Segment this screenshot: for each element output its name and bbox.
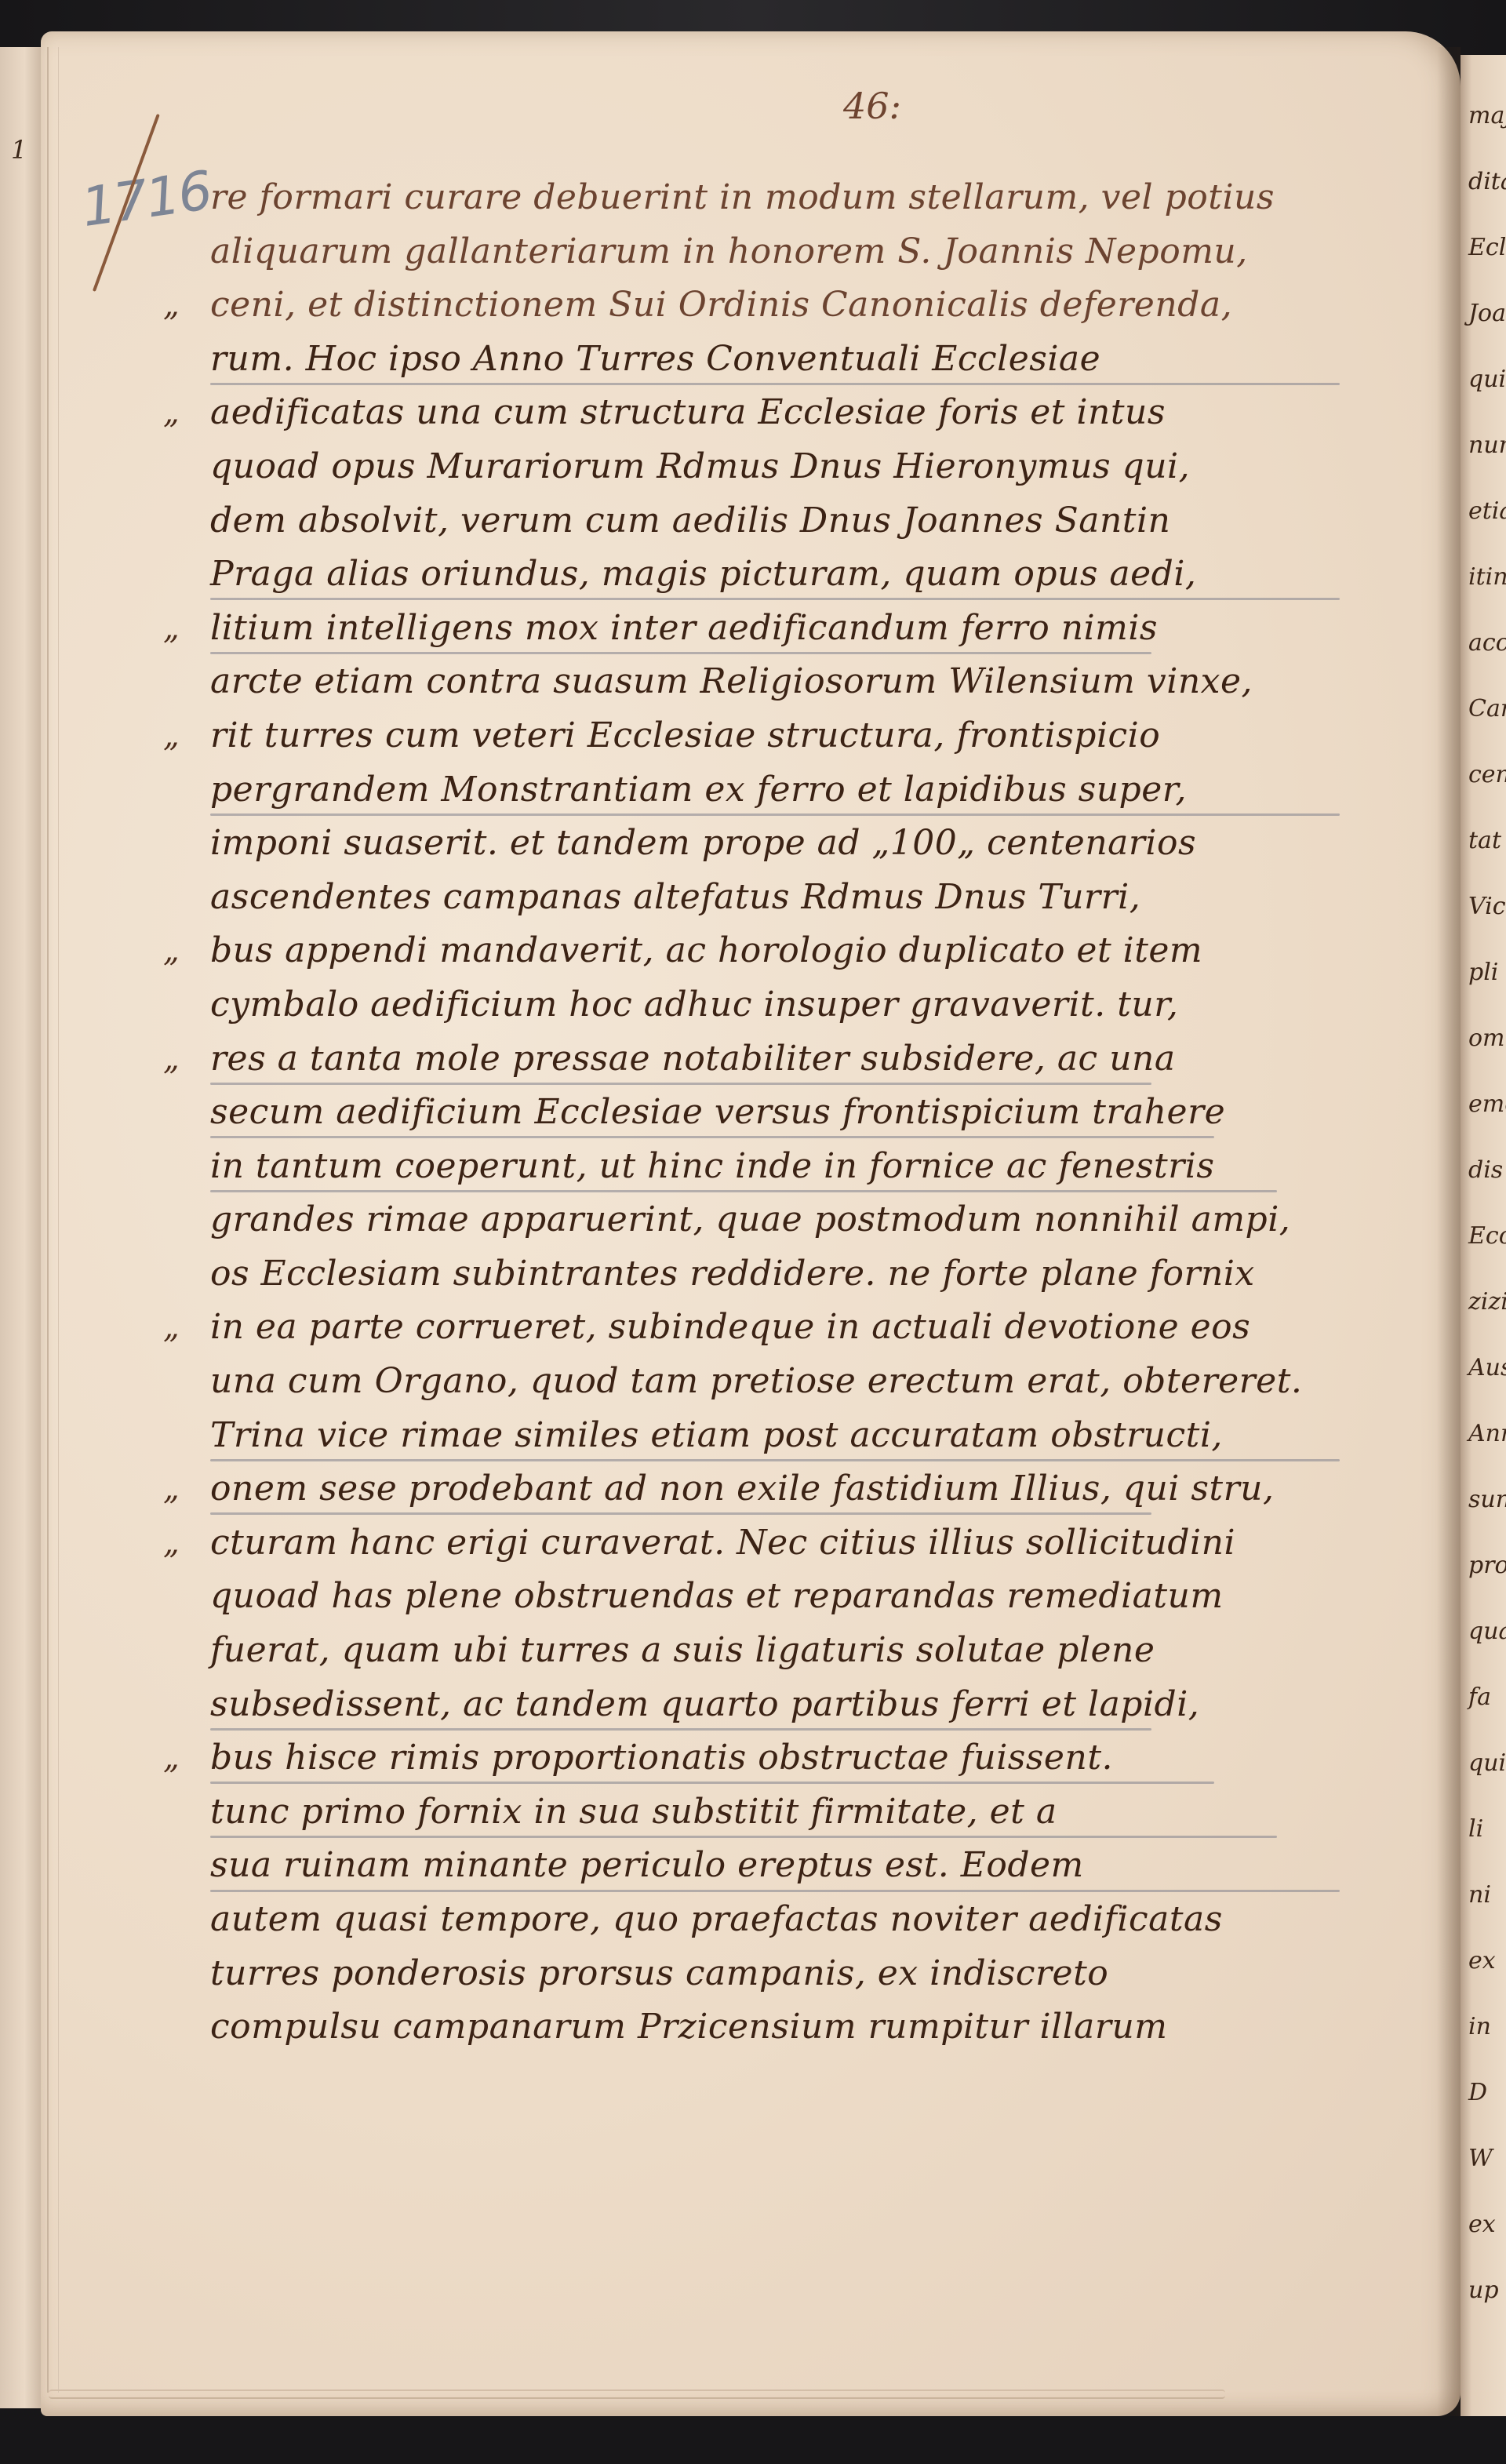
line-text: subsedissent, ac tandem quarto partibus … <box>210 1678 1199 1731</box>
line-text: aliquarum gallanteriarum in honorem S. J… <box>210 225 1248 278</box>
facing-page-fragment: D <box>1468 2079 1487 2106</box>
line-quote-mark: „ <box>163 709 180 762</box>
line-text: bus appendi mandaverit, ac horologio dup… <box>210 924 1202 977</box>
facing-page-fragment: Eccl <box>1468 1222 1506 1250</box>
facing-page-fragment: Vica <box>1468 893 1506 920</box>
facing-page-fragment: W <box>1468 2145 1493 2172</box>
line-text: onem sese prodebant ad non exile fastidi… <box>210 1462 1274 1516</box>
manuscript-line: os Ecclesiam subintrantes reddidere. ne … <box>210 1247 1434 1301</box>
line-text: pergrandem Monstrantiam ex ferro et lapi… <box>210 763 1187 817</box>
line-text: arcte etiam contra suasum Religiosorum W… <box>210 655 1253 708</box>
manuscript-line: tunc primo fornix in sua substitit firmi… <box>210 1785 1434 1840</box>
line-text: fuerat, quam ubi turres a suis ligaturis… <box>210 1624 1155 1677</box>
facing-page-fragment: fa <box>1468 1683 1491 1711</box>
manuscript-line: arcte etiam contra suasum Religiosorum W… <box>210 655 1434 709</box>
line-quote-mark: „ <box>163 602 180 655</box>
manuscript-line: fuerat, quam ubi turres a suis ligaturis… <box>210 1624 1434 1678</box>
facing-page-fragment: zizi <box>1468 1288 1506 1316</box>
line-text: in tantum coeperunt, ut hinc inde in for… <box>210 1140 1214 1193</box>
facing-page-fragment: omi <box>1468 1025 1506 1052</box>
manuscript-line: sua ruinam minante periculo ereptus est.… <box>210 1839 1434 1893</box>
manuscript-line: una cum Organo, quod tam pretiose erectu… <box>210 1355 1434 1409</box>
line-quote-mark: „ <box>163 924 180 977</box>
line-text: ceni, et distinctionem Sui Ordinis Canon… <box>210 278 1232 332</box>
line-text: Trina vice rimae similes etiam post accu… <box>210 1409 1223 1462</box>
line-text: aedificatas una cum structura Ecclesiae … <box>210 386 1166 439</box>
facing-page-fragment: pli <box>1468 959 1498 986</box>
line-quote-mark: „ <box>163 1301 180 1354</box>
manuscript-line: „bus hisce rimis proportionatis obstruct… <box>210 1731 1434 1785</box>
manuscript-line: turres ponderosis prorsus campanis, ex i… <box>210 1947 1434 2001</box>
facing-page-fragment: Ecle <box>1468 234 1506 261</box>
line-quote-mark: „ <box>163 1032 180 1086</box>
manuscript-line: in tantum coeperunt, ut hinc inde in for… <box>210 1140 1434 1194</box>
line-text: rum. Hoc ipso Anno Turres Conventuali Ec… <box>210 333 1100 386</box>
line-quote-mark: „ <box>163 1516 180 1570</box>
facing-page-fragment: ex <box>1468 2211 1496 2238</box>
manuscript-line: secum aedificium Ecclesiae versus fronti… <box>210 1086 1434 1140</box>
pencil-ruling <box>210 1782 1214 1784</box>
previous-page-mark: 1 <box>11 135 27 165</box>
manuscript-line: dem absolvit, verum cum aedilis Dnus Joa… <box>210 494 1434 548</box>
manuscript-line: „onem sese prodebant ad non exile fastid… <box>210 1462 1434 1516</box>
manuscript-line: „aedificatas una cum structura Ecclesiae… <box>210 386 1434 440</box>
facing-page-fragment: qua <box>1468 1618 1506 1645</box>
line-text: litium intelligens mox inter aedificandu… <box>210 602 1158 655</box>
page-bottom-edge <box>49 2389 1225 2399</box>
pencil-ruling <box>210 1512 1151 1515</box>
facing-page-fragment: pro <box>1468 1552 1506 1579</box>
line-text: cturam hanc erigi curaverat. Nec citius … <box>210 1516 1235 1570</box>
pencil-ruling <box>210 383 1340 385</box>
pencil-ruling <box>210 598 1340 600</box>
facing-page-edge: majorditaEcleJoannqui,numietiamitineacci… <box>1461 55 1506 2416</box>
facing-page-fragment: Joann <box>1468 300 1506 327</box>
line-text: os Ecclesiam subintrantes reddidere. ne … <box>210 1247 1255 1301</box>
facing-page-fragment: Aus <box>1468 1354 1506 1381</box>
pencil-ruling <box>210 813 1340 816</box>
facing-page-fragment: in <box>1468 2013 1491 2040</box>
manuscript-line: cymbalo aedificium hoc adhuc insuper gra… <box>210 978 1434 1032</box>
facing-page-fragment: li <box>1468 1815 1483 1843</box>
line-text: cymbalo aedificium hoc adhuc insuper gra… <box>210 978 1178 1032</box>
manuscript-line: Trina vice rimae similes etiam post accu… <box>210 1409 1434 1463</box>
folio-number: 46: <box>843 85 901 127</box>
manuscript-line: subsedissent, ac tandem quarto partibus … <box>210 1678 1434 1732</box>
manuscript-line: re formari curare debuerint in modum ste… <box>210 171 1434 225</box>
pencil-ruling <box>210 1459 1340 1461</box>
facing-page-fragment: dis <box>1468 1156 1503 1184</box>
line-text: una cum Organo, quod tam pretiose erectu… <box>210 1355 1302 1408</box>
previous-page-edge: 1 <box>0 47 42 2408</box>
manuscript-line: aliquarum gallanteriarum in honorem S. J… <box>210 225 1434 279</box>
facing-page-fragment: major <box>1468 102 1506 129</box>
facing-page-fragment: cens <box>1468 761 1506 788</box>
manuscript-text-block: re formari curare debuerint in modum ste… <box>210 171 1434 2055</box>
line-quote-mark: „ <box>163 386 180 439</box>
line-text: sua ruinam minante periculo ereptus est.… <box>210 1839 1084 1892</box>
manuscript-line: pergrandem Monstrantiam ex ferro et lapi… <box>210 763 1434 817</box>
manuscript-line: „rit turres cum veteri Ecclesiae structu… <box>210 709 1434 763</box>
pencil-ruling <box>210 652 1151 654</box>
pencil-ruling <box>210 1836 1277 1838</box>
facing-page-fragment: accin <box>1468 629 1506 657</box>
line-text: imponi suaserit. et tandem prope ad „100… <box>210 817 1196 870</box>
line-text: turres ponderosis prorsus campanis, ex i… <box>210 1947 1108 2000</box>
facing-page-fragment: emo <box>1468 1090 1506 1118</box>
manuscript-line: ascendentes campanas altefatus Rdmus Dnu… <box>210 871 1434 925</box>
manuscript-line: compulsu campanarum Przicensium rumpitur… <box>210 2000 1434 2055</box>
manuscript-line: „cturam hanc erigi curaverat. Nec citius… <box>210 1516 1434 1570</box>
pencil-ruling <box>210 1190 1277 1192</box>
pencil-ruling <box>210 1890 1340 1892</box>
manuscript-line: imponi suaserit. et tandem prope ad „100… <box>210 817 1434 871</box>
line-text: Praga alias oriundus, magis picturam, qu… <box>210 548 1196 601</box>
facing-page-fragment: itine <box>1468 563 1506 591</box>
line-text: res a tanta mole pressae notabiliter sub… <box>210 1032 1176 1086</box>
manuscript-line: rum. Hoc ipso Anno Turres Conventuali Ec… <box>210 333 1434 387</box>
line-text: rit turres cum veteri Ecclesiae structur… <box>210 709 1160 762</box>
manuscript-line: Praga alias oriundus, magis picturam, qu… <box>210 548 1434 602</box>
facing-page-fragment: Cano <box>1468 695 1506 722</box>
facing-page-fragment: up <box>1468 2277 1499 2304</box>
pencil-ruling <box>210 1136 1214 1138</box>
line-text: ascendentes campanas altefatus Rdmus Dnu… <box>210 871 1140 924</box>
facing-page-fragment: numi <box>1468 431 1506 459</box>
line-quote-mark: „ <box>163 278 180 332</box>
line-text: tunc primo fornix in sua substitit firmi… <box>210 1785 1057 1839</box>
facing-page-fragment: etiam <box>1468 497 1506 525</box>
facing-page-fragment: sun <box>1468 1486 1506 1513</box>
facing-page-fragment: qui, <box>1468 366 1506 393</box>
line-text: autem quasi tempore, quo praefactas novi… <box>210 1893 1223 1946</box>
facing-page-fragment: dita <box>1468 168 1506 195</box>
page-fold-line <box>47 47 59 2393</box>
pencil-ruling <box>210 1728 1151 1731</box>
line-text: in ea parte corrueret, subindeque in act… <box>210 1301 1250 1354</box>
manuscript-line: quoad has plene obstruendas et reparanda… <box>210 1570 1434 1624</box>
line-text: secum aedificium Ecclesiae versus fronti… <box>210 1086 1225 1139</box>
line-text: quoad opus Murariorum Rdmus Dnus Hierony… <box>210 440 1190 493</box>
facing-page-fragment: qui <box>1468 1749 1506 1777</box>
manuscript-line: „res a tanta mole pressae notabiliter su… <box>210 1032 1434 1086</box>
line-text: bus hisce rimis proportionatis obstructa… <box>210 1731 1113 1785</box>
facing-page-fragment: Ann <box>1468 1420 1506 1447</box>
manuscript-line: quoad opus Murariorum Rdmus Dnus Hierony… <box>210 440 1434 494</box>
facing-page-fragment: ni <box>1468 1881 1491 1909</box>
facing-page-fragment: tat <box>1468 827 1501 854</box>
facing-page-fragment: ex <box>1468 1947 1496 1974</box>
manuscript-line: „in ea parte corrueret, subindeque in ac… <box>210 1301 1434 1355</box>
line-quote-mark: „ <box>163 1462 180 1516</box>
manuscript-line: „litium intelligens mox inter aedificand… <box>210 602 1434 656</box>
pencil-ruling <box>210 1083 1151 1085</box>
manuscript-line: autem quasi tempore, quo praefactas novi… <box>210 1893 1434 1947</box>
manuscript-line: „ceni, et distinctionem Sui Ordinis Cano… <box>210 278 1434 333</box>
line-text: re formari curare debuerint in modum ste… <box>210 171 1275 224</box>
line-text: grandes rimae apparuerint, quae postmodu… <box>210 1193 1290 1247</box>
line-text: dem absolvit, verum cum aedilis Dnus Joa… <box>210 494 1170 548</box>
gutter-shadow <box>1437 47 1461 2416</box>
line-quote-mark: „ <box>163 1731 180 1785</box>
manuscript-line: grandes rimae apparuerint, quae postmodu… <box>210 1193 1434 1247</box>
manuscript-line: „bus appendi mandaverit, ac horologio du… <box>210 924 1434 978</box>
line-text: compulsu campanarum Przicensium rumpitur… <box>210 2000 1168 2054</box>
line-text: quoad has plene obstruendas et reparanda… <box>210 1570 1224 1623</box>
